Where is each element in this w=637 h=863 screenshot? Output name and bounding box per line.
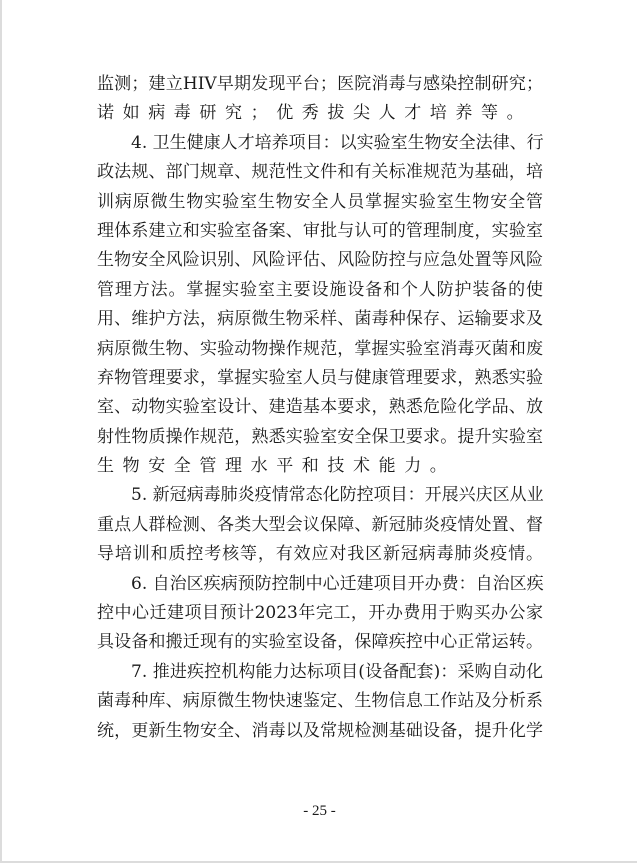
- item-7-heading-line: 7. 推进疾控机构能力达标项目(设备配套)：采购自动化: [97, 658, 543, 687]
- item-4-heading-line: 4. 卫生健康人才培养项目：以实验室生物安全法律、行: [97, 129, 543, 158]
- document-body: 监测；建立HIV早期发现平台；医院消毒与感染控制研究； 诺如病毒研究；优秀拔尖人…: [97, 70, 543, 746]
- text-line: 统，更新生物安全、消毒以及常规检测基础设备，提升化学: [97, 717, 543, 746]
- document-page: 监测；建立HIV早期发现平台；医院消毒与感染控制研究； 诺如病毒研究；优秀拔尖人…: [0, 0, 637, 863]
- text-line: 菌毒种库、病原微生物快速鉴定、生物信息工作站及分析系: [97, 687, 543, 716]
- text-line: 监测；建立HIV早期发现平台；医院消毒与感染控制研究；: [97, 70, 543, 99]
- text-line: 用、维护方法，病原微生物采样、菌毒种保存、运输要求及: [97, 305, 543, 334]
- text-line: 训病原微生物实验室生物安全人员掌握实验室生物安全管: [97, 188, 543, 217]
- text-line: 生物安全管理水平和技术能力。: [97, 452, 543, 481]
- text-line: 理体系建立和实验室备案、审批与认可的管理制度，实验室: [97, 217, 543, 246]
- text-line: 室、动物实验室设计、建造基本要求，熟悉危险化学品、放: [97, 393, 543, 422]
- text-line: 管理方法。掌握实验室主要设施设备和个人防护装备的使: [97, 276, 543, 305]
- text-line: 射性物质操作规范，熟悉实验室安全保卫要求。提升实验室: [97, 423, 543, 452]
- text-line: 诺如病毒研究；优秀拔尖人才培养等。: [97, 99, 543, 128]
- text-line: 重点人群检测、各类大型会议保障、新冠肺炎疫情处置、督: [97, 511, 543, 540]
- text-line: 生物安全风险识别、风险评估、风险防控与应急处置等风险: [97, 246, 543, 275]
- text-line: 具设备和搬迁现有的实验室设备，保障疾控中心正常运转。: [97, 628, 543, 657]
- text-line: 弃物管理要求，掌握实验室人员与健康管理要求，熟悉实验: [97, 364, 543, 393]
- text-line: 控中心迁建项目预计2023年完工，开办费用于购买办公家: [97, 599, 543, 628]
- text-line: 导培训和质控考核等，有效应对我区新冠病毒肺炎疫情。: [97, 540, 543, 569]
- item-6-heading-line: 6. 自治区疾病预防控制中心迁建项目开办费：自治区疾: [97, 570, 543, 599]
- text-line: 病原微生物、实验动物操作规范，掌握实验室消毒灭菌和废: [97, 335, 543, 364]
- item-5-heading-line: 5. 新冠病毒肺炎疫情常态化防控项目：开展兴庆区从业: [97, 481, 543, 510]
- page-number: - 25 -: [2, 803, 637, 820]
- text-line: 政法规、部门规章、规范性文件和有关标准规范为基础，培: [97, 158, 543, 187]
